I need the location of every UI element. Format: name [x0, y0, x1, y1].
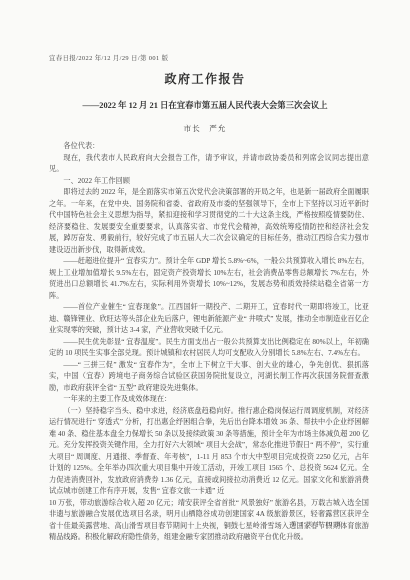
dash-paragraph-phenomenon: ——首位产业催生“ 宜春现象”。江西国轩一期投产、二期开工，宜春时代一期即将竣工…: [49, 302, 369, 337]
dash-paragraph-strength: ——赶超进位提升“ 宜春实力”。预计全年 GDP 增长 5.8%~6%，一般公共…: [49, 256, 369, 302]
newspaper-document-page: 宜春日报/2022 年/12 月/29 日/第 001 版 政府工作报告 ——2…: [0, 0, 410, 580]
report-body: 各位代表： 现在，我代表市人民政府向大会报告工作，请予审议，并请市政协委员和列席…: [49, 141, 369, 544]
report-subtitle: ——2022 年 12 月 21 日在宜春市第五届人民代表大会第三次会议上: [0, 99, 410, 111]
lead-in-line: 一年来的主要工作及成效体现在：: [49, 394, 369, 406]
page-number: 第 1 页 共 10 页: [291, 519, 342, 528]
overview-paragraph: 即将过去的 2022 年，是全面落实市第五次党代会决策部署的开局之年，也是新一届…: [49, 187, 369, 256]
intro-paragraph: 现在，我代表市人民政府向大会报告工作，请予审议，并请市政协委员和列席会议同志提出…: [49, 153, 369, 176]
byline-mayor: 市长 严允: [0, 123, 410, 134]
dash-paragraph-action: ——“ 三拼三促” 激发“ 宜春作为”，全市上下树立干大事、创大业的雄心，争先创…: [49, 360, 369, 395]
item-one-paragraph: （一）坚持稳字当头、稳中求进，经济底盘趋稳向好。推行惠企稳岗保运行周调度机制，对…: [49, 406, 369, 498]
page-title: 政府工作报告: [0, 70, 410, 87]
dash-paragraph-warmth: ——民生优先彰显“ 宜春温度”。民生方面支出占一般公共预算支出比例稳定在 80%…: [49, 337, 369, 360]
masthead-edition-line: 宜春日报/2022 年/12 月/29 日/第 001 版: [49, 53, 168, 62]
salutation: 各位代表：: [49, 141, 369, 153]
section-heading-2022-review: 一、2022 年工作回顾: [49, 176, 369, 188]
